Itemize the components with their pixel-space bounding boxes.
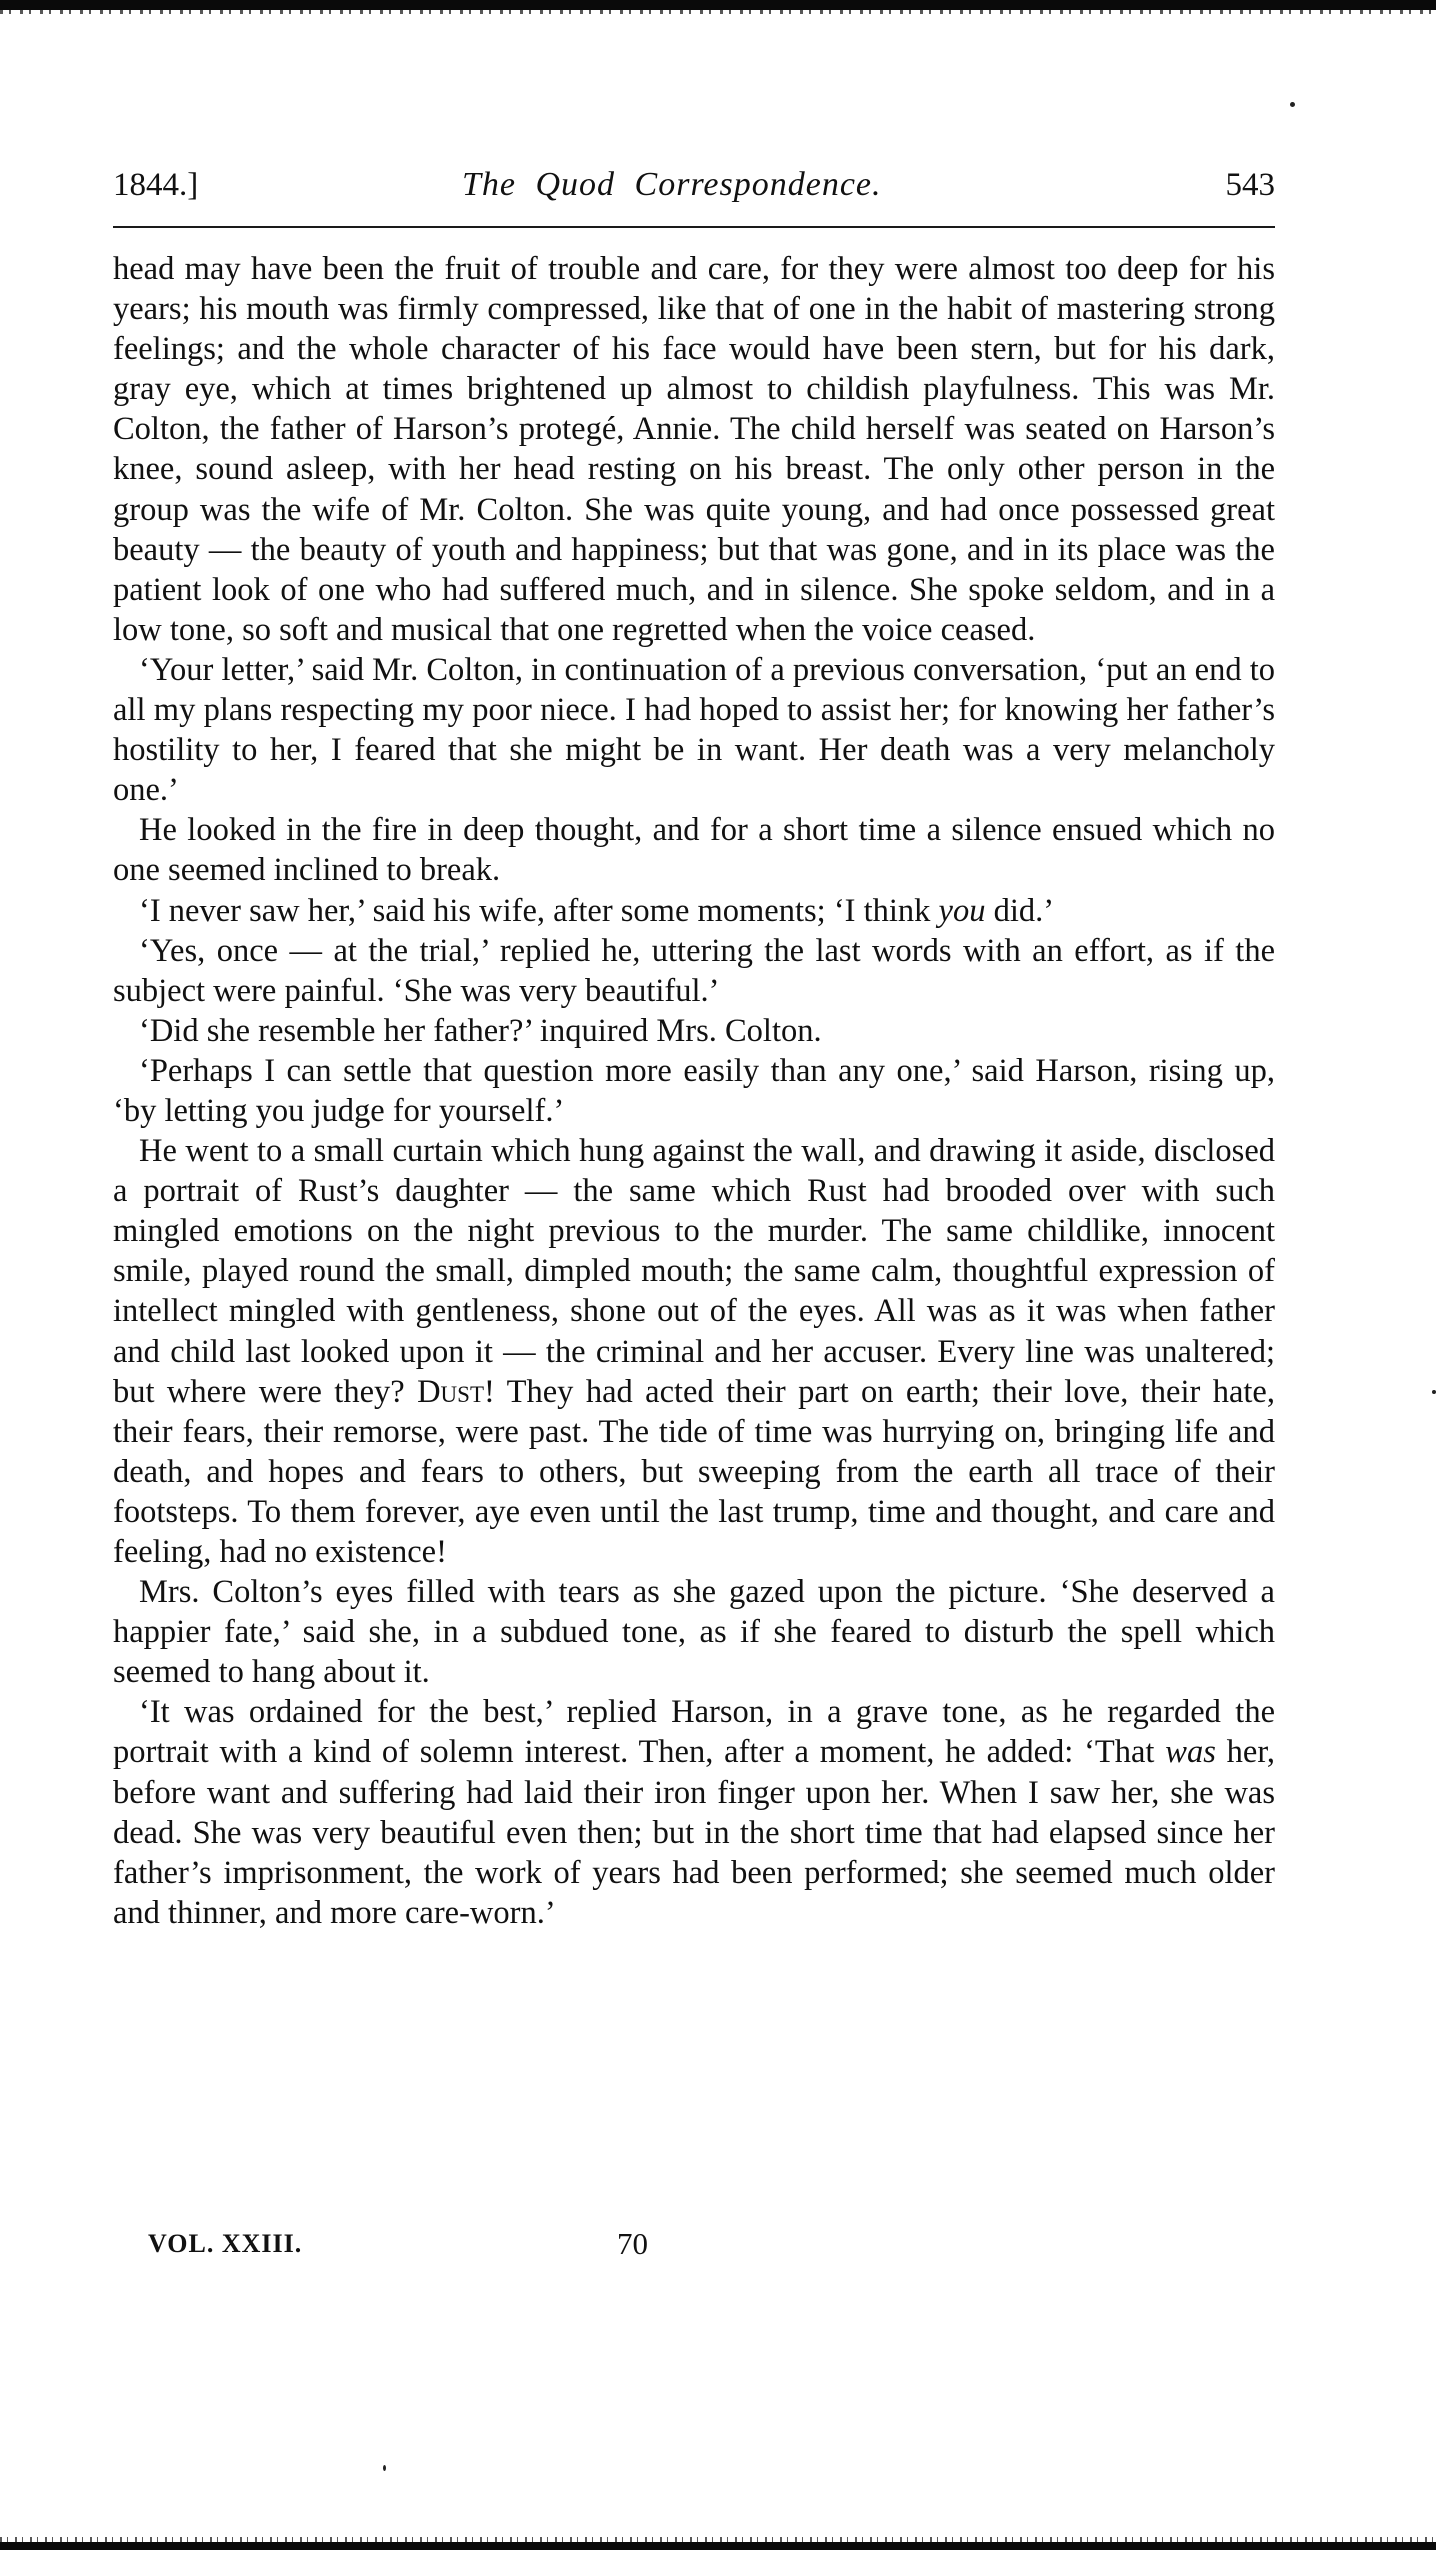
- paragraph-text: ‘I never saw her,’ said his wife, after …: [139, 893, 939, 929]
- paragraph: head may have been the fruit of trouble …: [113, 249, 1275, 650]
- signature-line: VOL. XXIII. 70: [148, 2222, 748, 2266]
- paragraph-text: ‘Perhaps I can settle that question more…: [113, 1053, 1275, 1129]
- paragraph: ‘I never saw her,’ said his wife, after …: [113, 891, 1275, 931]
- paragraph-text: Mrs. Colton’s eyes filled with tears as …: [113, 1574, 1275, 1690]
- header-rule: [113, 226, 1275, 228]
- paragraph-text: ‘It was ordained for the best,’ replied …: [113, 1694, 1275, 1770]
- small-caps-text: Dust: [417, 1374, 484, 1410]
- paragraph: ‘It was ordained for the best,’ replied …: [113, 1692, 1275, 1933]
- scan-speck: [1290, 102, 1295, 107]
- running-head: 1844.] The Quod Correspondence. 543: [113, 160, 1275, 210]
- scan-speck: [383, 2465, 386, 2471]
- body-text: head may have been the fruit of trouble …: [113, 249, 1275, 1933]
- paragraph: He went to a small curtain which hung ag…: [113, 1131, 1275, 1572]
- italic-emphasis: you: [939, 893, 986, 929]
- running-head-title: The Quod Correspondence.: [462, 160, 882, 210]
- paragraph-text: ‘Your letter,’ said Mr. Colton, in conti…: [113, 652, 1275, 808]
- paragraph: ‘Did she resemble her father?’ inquired …: [113, 1011, 1275, 1051]
- paragraph-text: ‘Did she resemble her father?’ inquired …: [139, 1013, 822, 1049]
- paragraph-text: He went to a small curtain which hung ag…: [113, 1133, 1275, 1410]
- paragraph: Mrs. Colton’s eyes filled with tears as …: [113, 1572, 1275, 1692]
- volume-label: VOL. XXIII.: [148, 2222, 302, 2266]
- signature-number: 70: [617, 2222, 648, 2266]
- paragraph-text: ‘Yes, once — at the trial,’ replied he, …: [113, 933, 1275, 1009]
- paragraph: ‘Your letter,’ said Mr. Colton, in conti…: [113, 650, 1275, 810]
- paragraph: ‘Yes, once — at the trial,’ replied he, …: [113, 931, 1275, 1011]
- paragraph: He looked in the fire in deep thought, a…: [113, 810, 1275, 890]
- scan-speck: [1432, 1390, 1436, 1394]
- italic-emphasis: was: [1165, 1734, 1216, 1770]
- paragraph-text: He looked in the fire in deep thought, a…: [113, 812, 1275, 888]
- scan-bottom-edge: [0, 2542, 1436, 2550]
- running-head-year: 1844.]: [113, 160, 198, 210]
- paragraph-text: head may have been the fruit of trouble …: [113, 251, 1275, 648]
- paragraph: ‘Perhaps I can settle that question more…: [113, 1051, 1275, 1131]
- page-number: 543: [1226, 160, 1276, 210]
- scan-top-edge: [0, 0, 1436, 10]
- paragraph-text: did.’: [985, 893, 1054, 929]
